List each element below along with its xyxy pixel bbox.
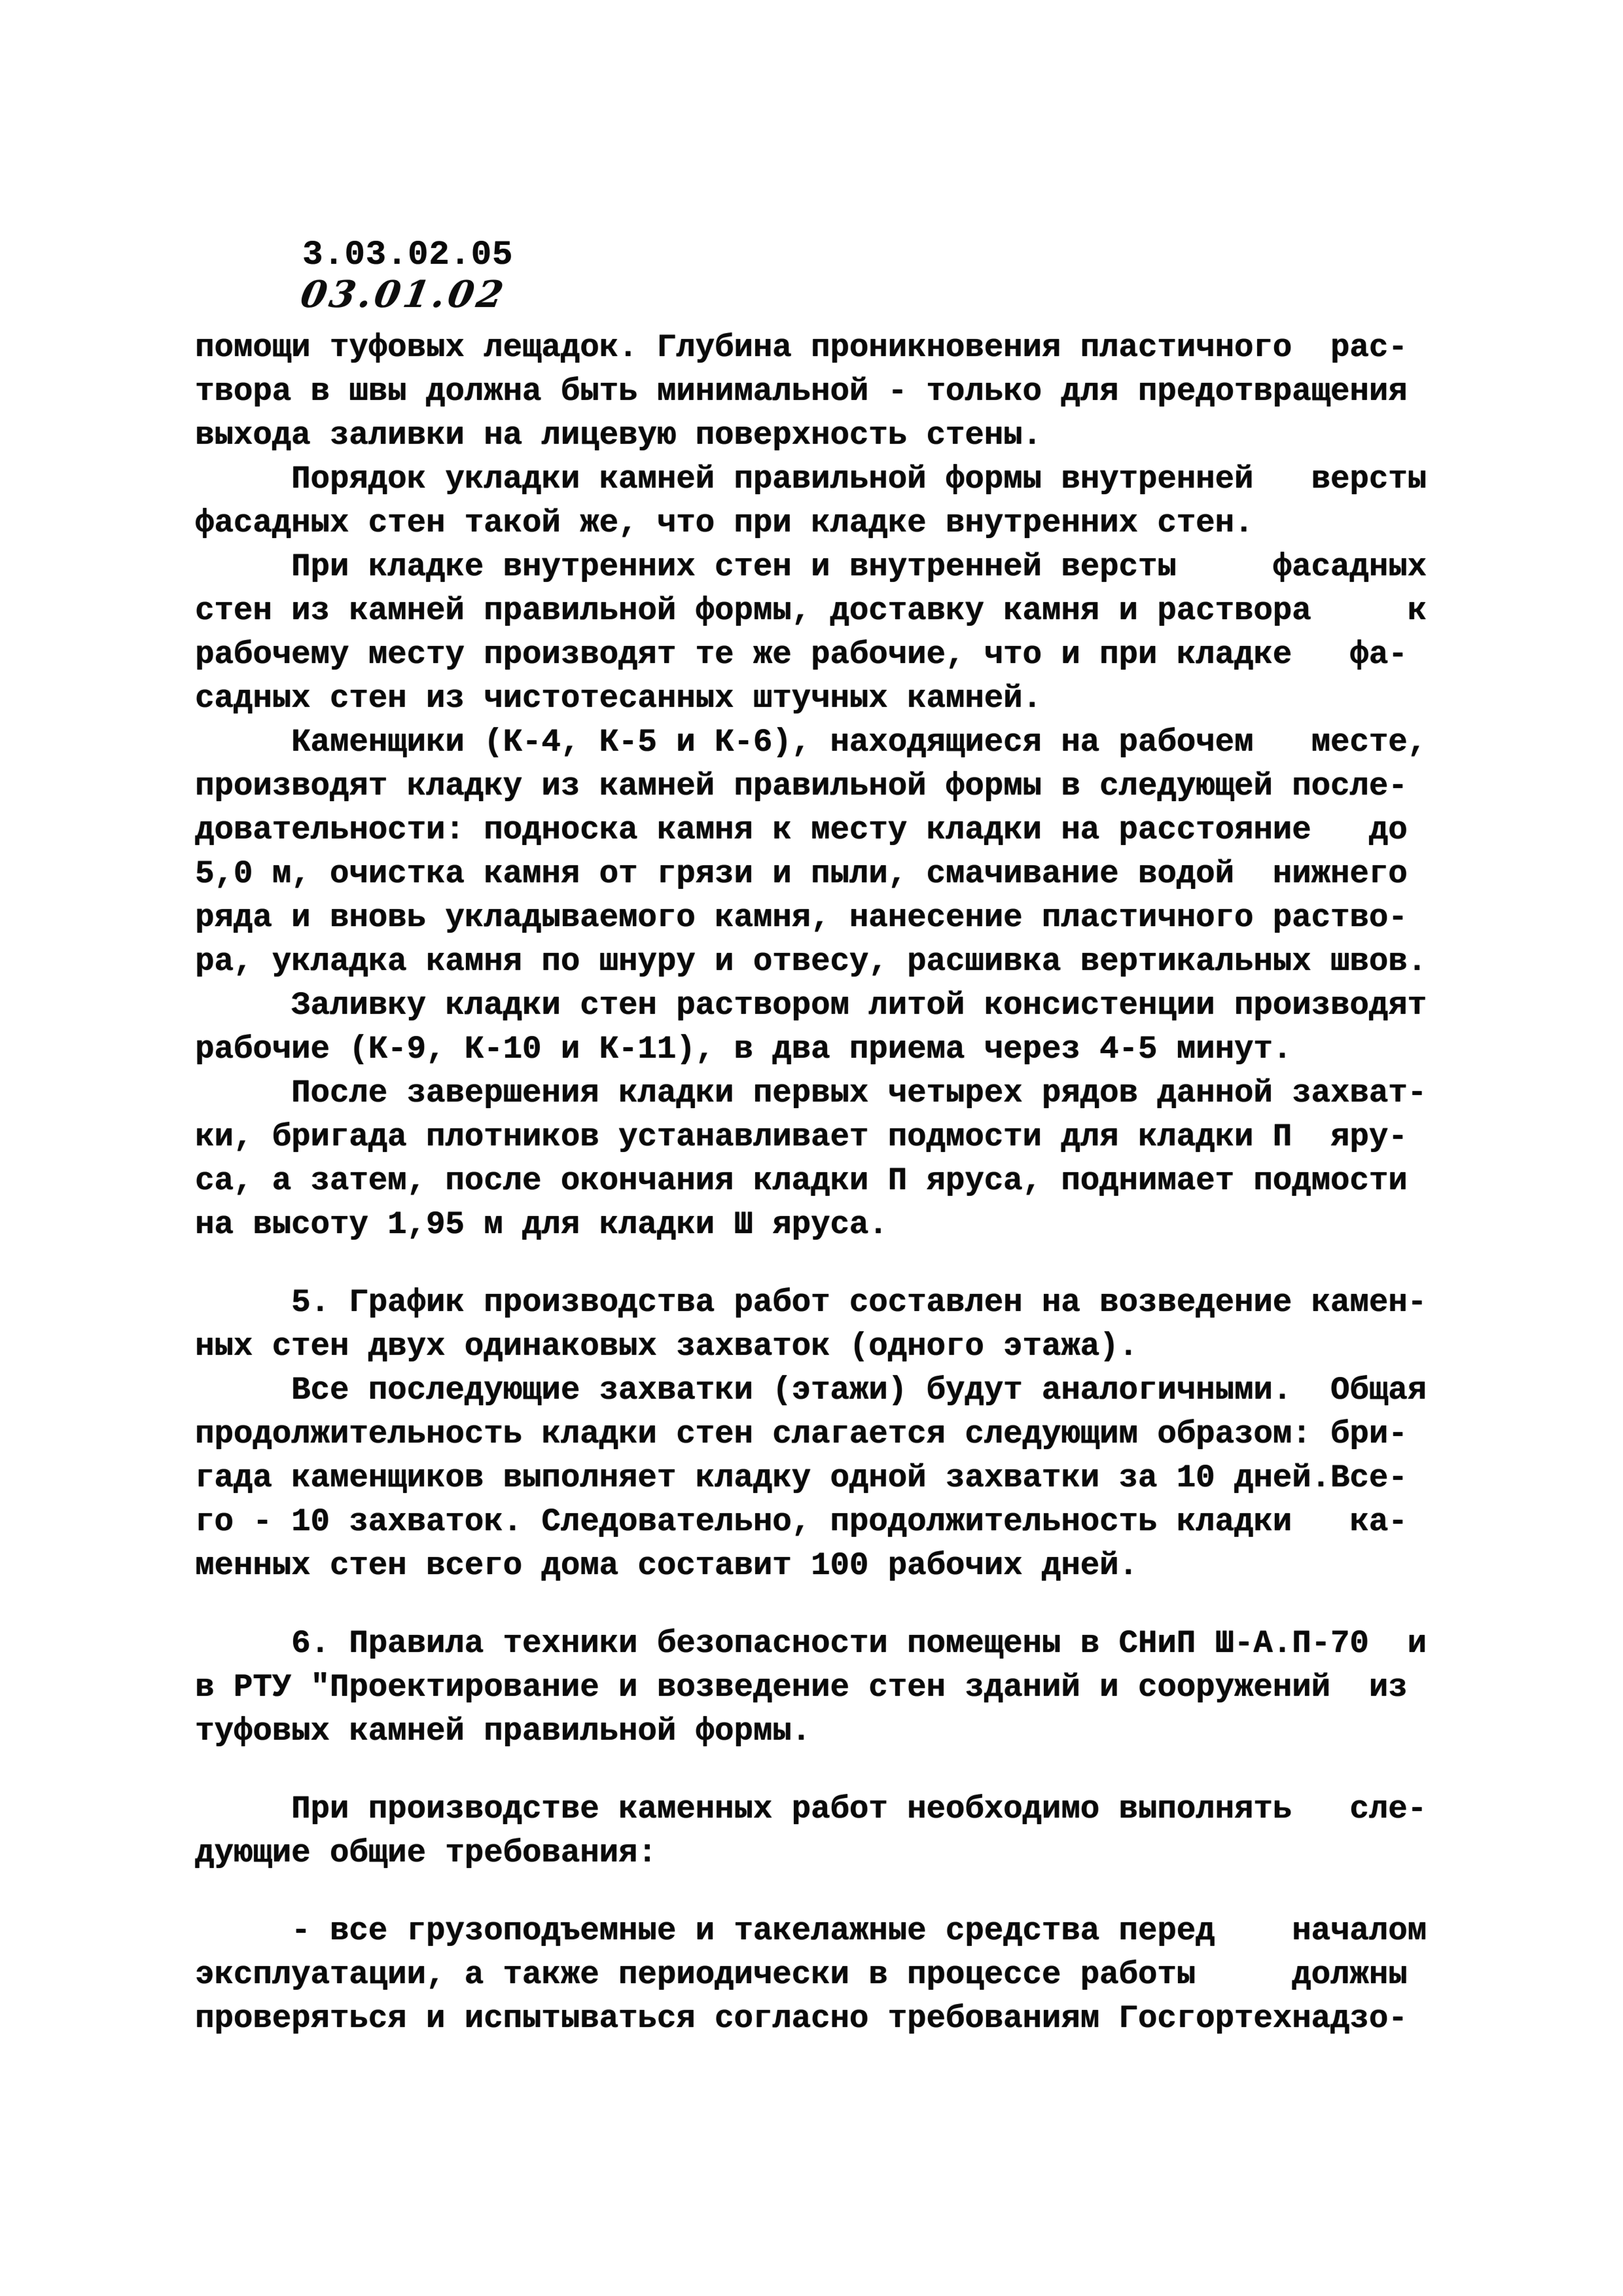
text-line: Каменщики (К-4, К-5 и К-6), находящиеся … [195,721,1458,764]
text-line: помощи туфовых лещадок. Глубина проникно… [195,326,1458,370]
text-line: дующие общие требования: [195,1831,1458,1875]
document-code-handwritten: 03.01.02 [298,275,509,314]
paragraph: Все последующие захватки (этажи) будут а… [195,1369,1458,1588]
text-line: на высоту 1,95 м для кладки Ш яруса. [195,1203,1458,1247]
text-line: Все последующие захватки (этажи) будут а… [195,1369,1458,1412]
paragraph: Каменщики (К-4, К-5 и К-6), находящиеся … [195,721,1458,984]
text-line: После завершения кладки первых четырех р… [195,1071,1458,1115]
text-line: стен из камней правильной формы, доставк… [195,589,1458,633]
text-line: в РТУ "Проектирование и возведение стен … [195,1666,1458,1710]
text-line: выхода заливки на лицевую поверхность ст… [195,414,1458,457]
text-line: Порядок укладки камней правильной формы … [195,457,1458,501]
text-line: ряда и вновь укладываемого камня, нанесе… [195,896,1458,940]
paragraph: 5. График производства работ составлен н… [195,1281,1458,1369]
text-line: проверяться и испытываться согласно треб… [195,1997,1458,2041]
text-line: 6. Правила техники безопасности помещены… [195,1622,1458,1666]
paragraph: После завершения кладки первых четырех р… [195,1071,1458,1247]
document-code-typed: 3.03.02.05 [302,237,513,274]
text-line: довательности: подноска камня к месту кл… [195,808,1458,852]
paragraph: При кладке внутренних стен и внутренней … [195,545,1458,721]
document-page: 3.03.02.05 03.01.02 помощи туфовых лещад… [0,0,1623,2296]
paragraph: При производстве каменных работ необходи… [195,1787,1458,1875]
text-line: рабочему месту производят те же рабочие,… [195,633,1458,677]
paragraph: Заливку кладки стен раствором литой конс… [195,984,1458,1071]
text-line: твора в швы должна быть минимальной - то… [195,370,1458,414]
text-line: продолжительность кладки стен слагается … [195,1412,1458,1456]
text-line: эксплуатации, а также периодически в про… [195,1953,1458,1997]
paragraph: 6. Правила техники безопасности помещены… [195,1622,1458,1753]
text-line: ра, укладка камня по шнуру и отвесу, рас… [195,940,1458,984]
text-line: При кладке внутренних стен и внутренней … [195,545,1458,589]
text-line: гада каменщиков выполняет кладку одной з… [195,1456,1458,1500]
paragraph: помощи туфовых лещадок. Глубина проникно… [195,326,1458,457]
text-line: го - 10 захваток. Следовательно, продолж… [195,1500,1458,1544]
text-line: Заливку кладки стен раствором литой конс… [195,984,1458,1028]
document-body: помощи туфовых лещадок. Глубина проникно… [195,326,1458,2041]
text-line: производят кладку из камней правильной ф… [195,764,1458,808]
paragraph: - все грузоподъемные и такелажные средст… [195,1909,1458,2041]
text-line: При производстве каменных работ необходи… [195,1787,1458,1831]
paragraph: Порядок укладки камней правильной формы … [195,457,1458,545]
text-line: са, а затем, после окончания кладки П яр… [195,1159,1458,1203]
text-line: садных стен из чистотесанных штучных кам… [195,677,1458,721]
text-line: ки, бригада плотников устанавливает подм… [195,1115,1458,1159]
text-line: фасадных стен такой же, что при кладке в… [195,501,1458,545]
text-line: 5,0 м, очистка камня от грязи и пыли, см… [195,852,1458,896]
text-line: рабочие (К-9, К-10 и К-11), в два приема… [195,1028,1458,1071]
text-line: - все грузоподъемные и такелажные средст… [195,1909,1458,1953]
text-line: 5. График производства работ составлен н… [195,1281,1458,1325]
text-line: туфовых камней правильной формы. [195,1710,1458,1753]
text-line: ных стен двух одинаковых захваток (одног… [195,1325,1458,1369]
text-line: менных стен всего дома составит 100 рабо… [195,1544,1458,1588]
